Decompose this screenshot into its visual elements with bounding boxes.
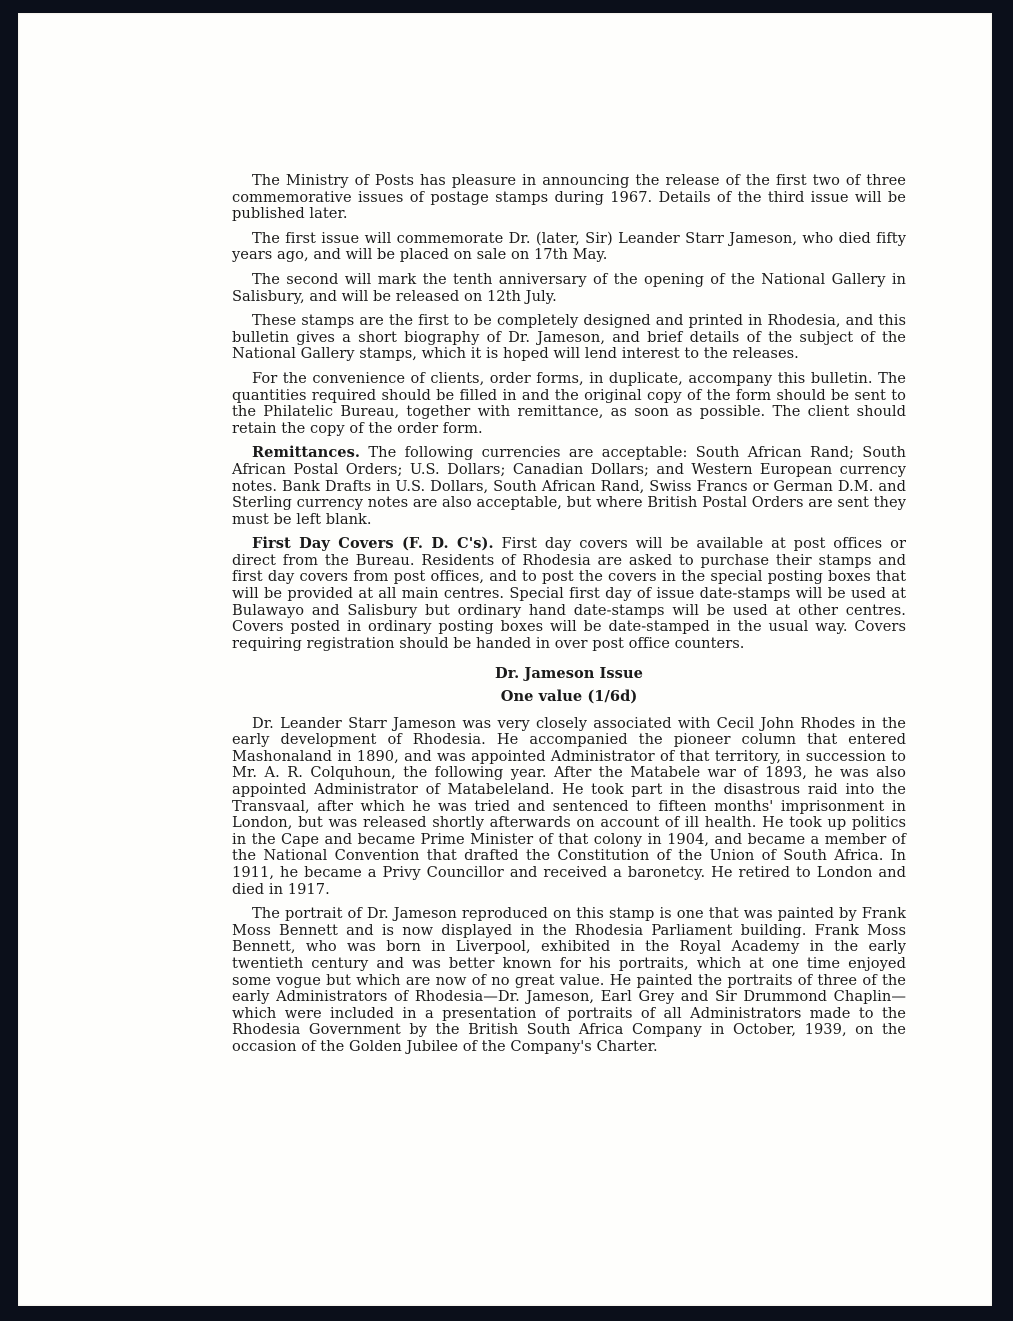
intro-paragraph: The first issue will commemorate Dr. (la… bbox=[232, 231, 906, 264]
intro-paragraph: The Ministry of Posts has pleasure in an… bbox=[232, 173, 906, 223]
section-subtitle: One value (1/6d) bbox=[232, 689, 906, 706]
remittances-heading: Remittances. bbox=[252, 444, 360, 461]
document-page: The Ministry of Posts has pleasure in an… bbox=[18, 13, 992, 1306]
intro-paragraph: These stamps are the first to be complet… bbox=[232, 313, 906, 363]
portrait-paragraph: The portrait of Dr. Jameson reproduced o… bbox=[232, 906, 906, 1055]
bulletin-text: The Ministry of Posts has pleasure in an… bbox=[232, 173, 906, 1064]
intro-paragraph: For the convenience of clients, order fo… bbox=[232, 371, 906, 437]
biography-paragraph: Dr. Leander Starr Jameson was very close… bbox=[232, 716, 906, 899]
intro-paragraph: The second will mark the tenth anniversa… bbox=[232, 272, 906, 305]
remittances-paragraph: Remittances. The following currencies ar… bbox=[232, 445, 906, 528]
section-title: Dr. Jameson Issue bbox=[232, 666, 906, 683]
first-day-covers-text: First day covers will be available at po… bbox=[232, 535, 906, 652]
first-day-covers-heading: First Day Covers (F. D. C's). bbox=[252, 535, 494, 552]
first-day-covers-paragraph: First Day Covers (F. D. C's). First day … bbox=[232, 536, 906, 652]
